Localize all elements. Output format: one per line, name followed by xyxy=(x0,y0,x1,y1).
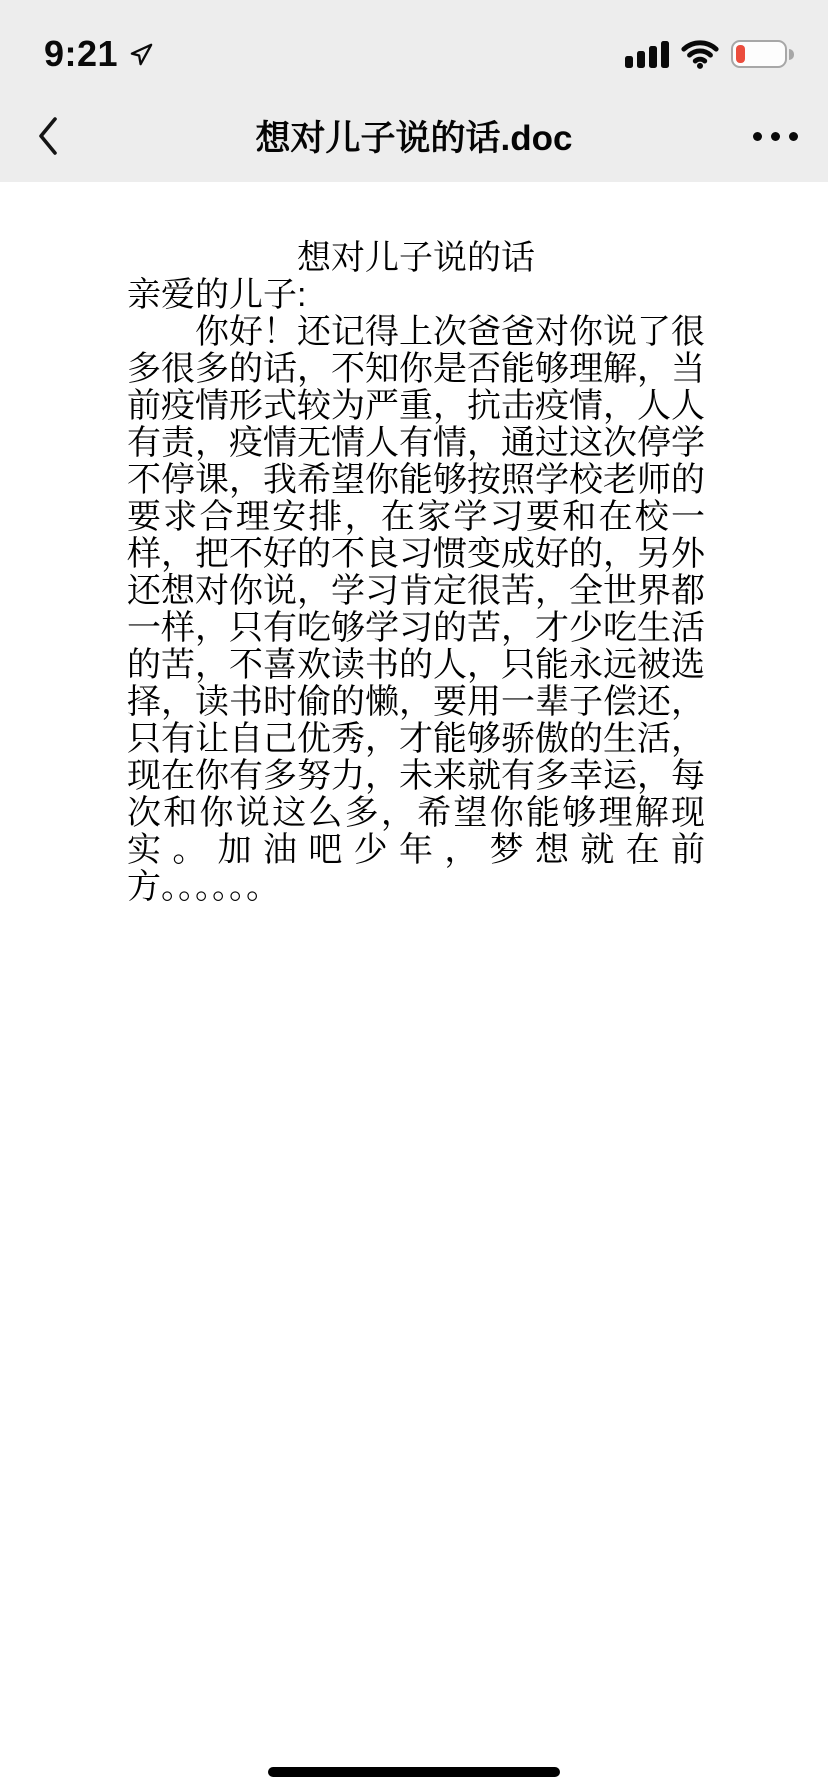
home-indicator[interactable] xyxy=(268,1767,560,1777)
status-bar: 9:21 xyxy=(0,0,828,90)
header: 9:21 xyxy=(0,0,828,182)
battery-body xyxy=(731,40,787,68)
more-ellipsis-icon xyxy=(753,132,798,141)
battery-fill xyxy=(736,45,745,63)
battery-cap xyxy=(789,49,794,60)
nav-bar: 想对儿子说的话.doc xyxy=(0,90,828,182)
signal-bar xyxy=(661,41,669,68)
signal-bar xyxy=(637,51,645,68)
doc-page: 想对儿子说的话 亲爱的儿子: 你好！还记得上次爸爸对你说了很多很多的话，不知你是… xyxy=(127,240,705,906)
status-time: 9:21 xyxy=(44,33,118,75)
location-arrow-icon xyxy=(128,41,155,68)
document-viewer[interactable]: 想对儿子说的话 亲爱的儿子: 你好！还记得上次爸爸对你说了很多很多的话，不知你是… xyxy=(0,182,828,1792)
battery-icon xyxy=(731,40,794,68)
phone-screen: 9:21 xyxy=(0,0,828,1792)
back-chevron-icon xyxy=(36,114,60,158)
back-button[interactable] xyxy=(24,108,72,164)
doc-body: 你好！还记得上次爸爸对你说了很多很多的话，不知你是否能够理解，当前疫情形式较为严… xyxy=(127,314,705,906)
signal-bar xyxy=(625,56,633,68)
doc-title: 想对儿子说的话 xyxy=(127,240,705,277)
doc-salutation: 亲爱的儿子: xyxy=(127,277,705,314)
signal-bar xyxy=(649,46,657,68)
wifi-icon xyxy=(681,40,719,69)
cellular-signal-icon xyxy=(625,40,669,68)
document-title-bar: 想对儿子说的话.doc xyxy=(256,111,573,161)
status-icons xyxy=(625,40,794,69)
more-button[interactable] xyxy=(753,108,798,164)
